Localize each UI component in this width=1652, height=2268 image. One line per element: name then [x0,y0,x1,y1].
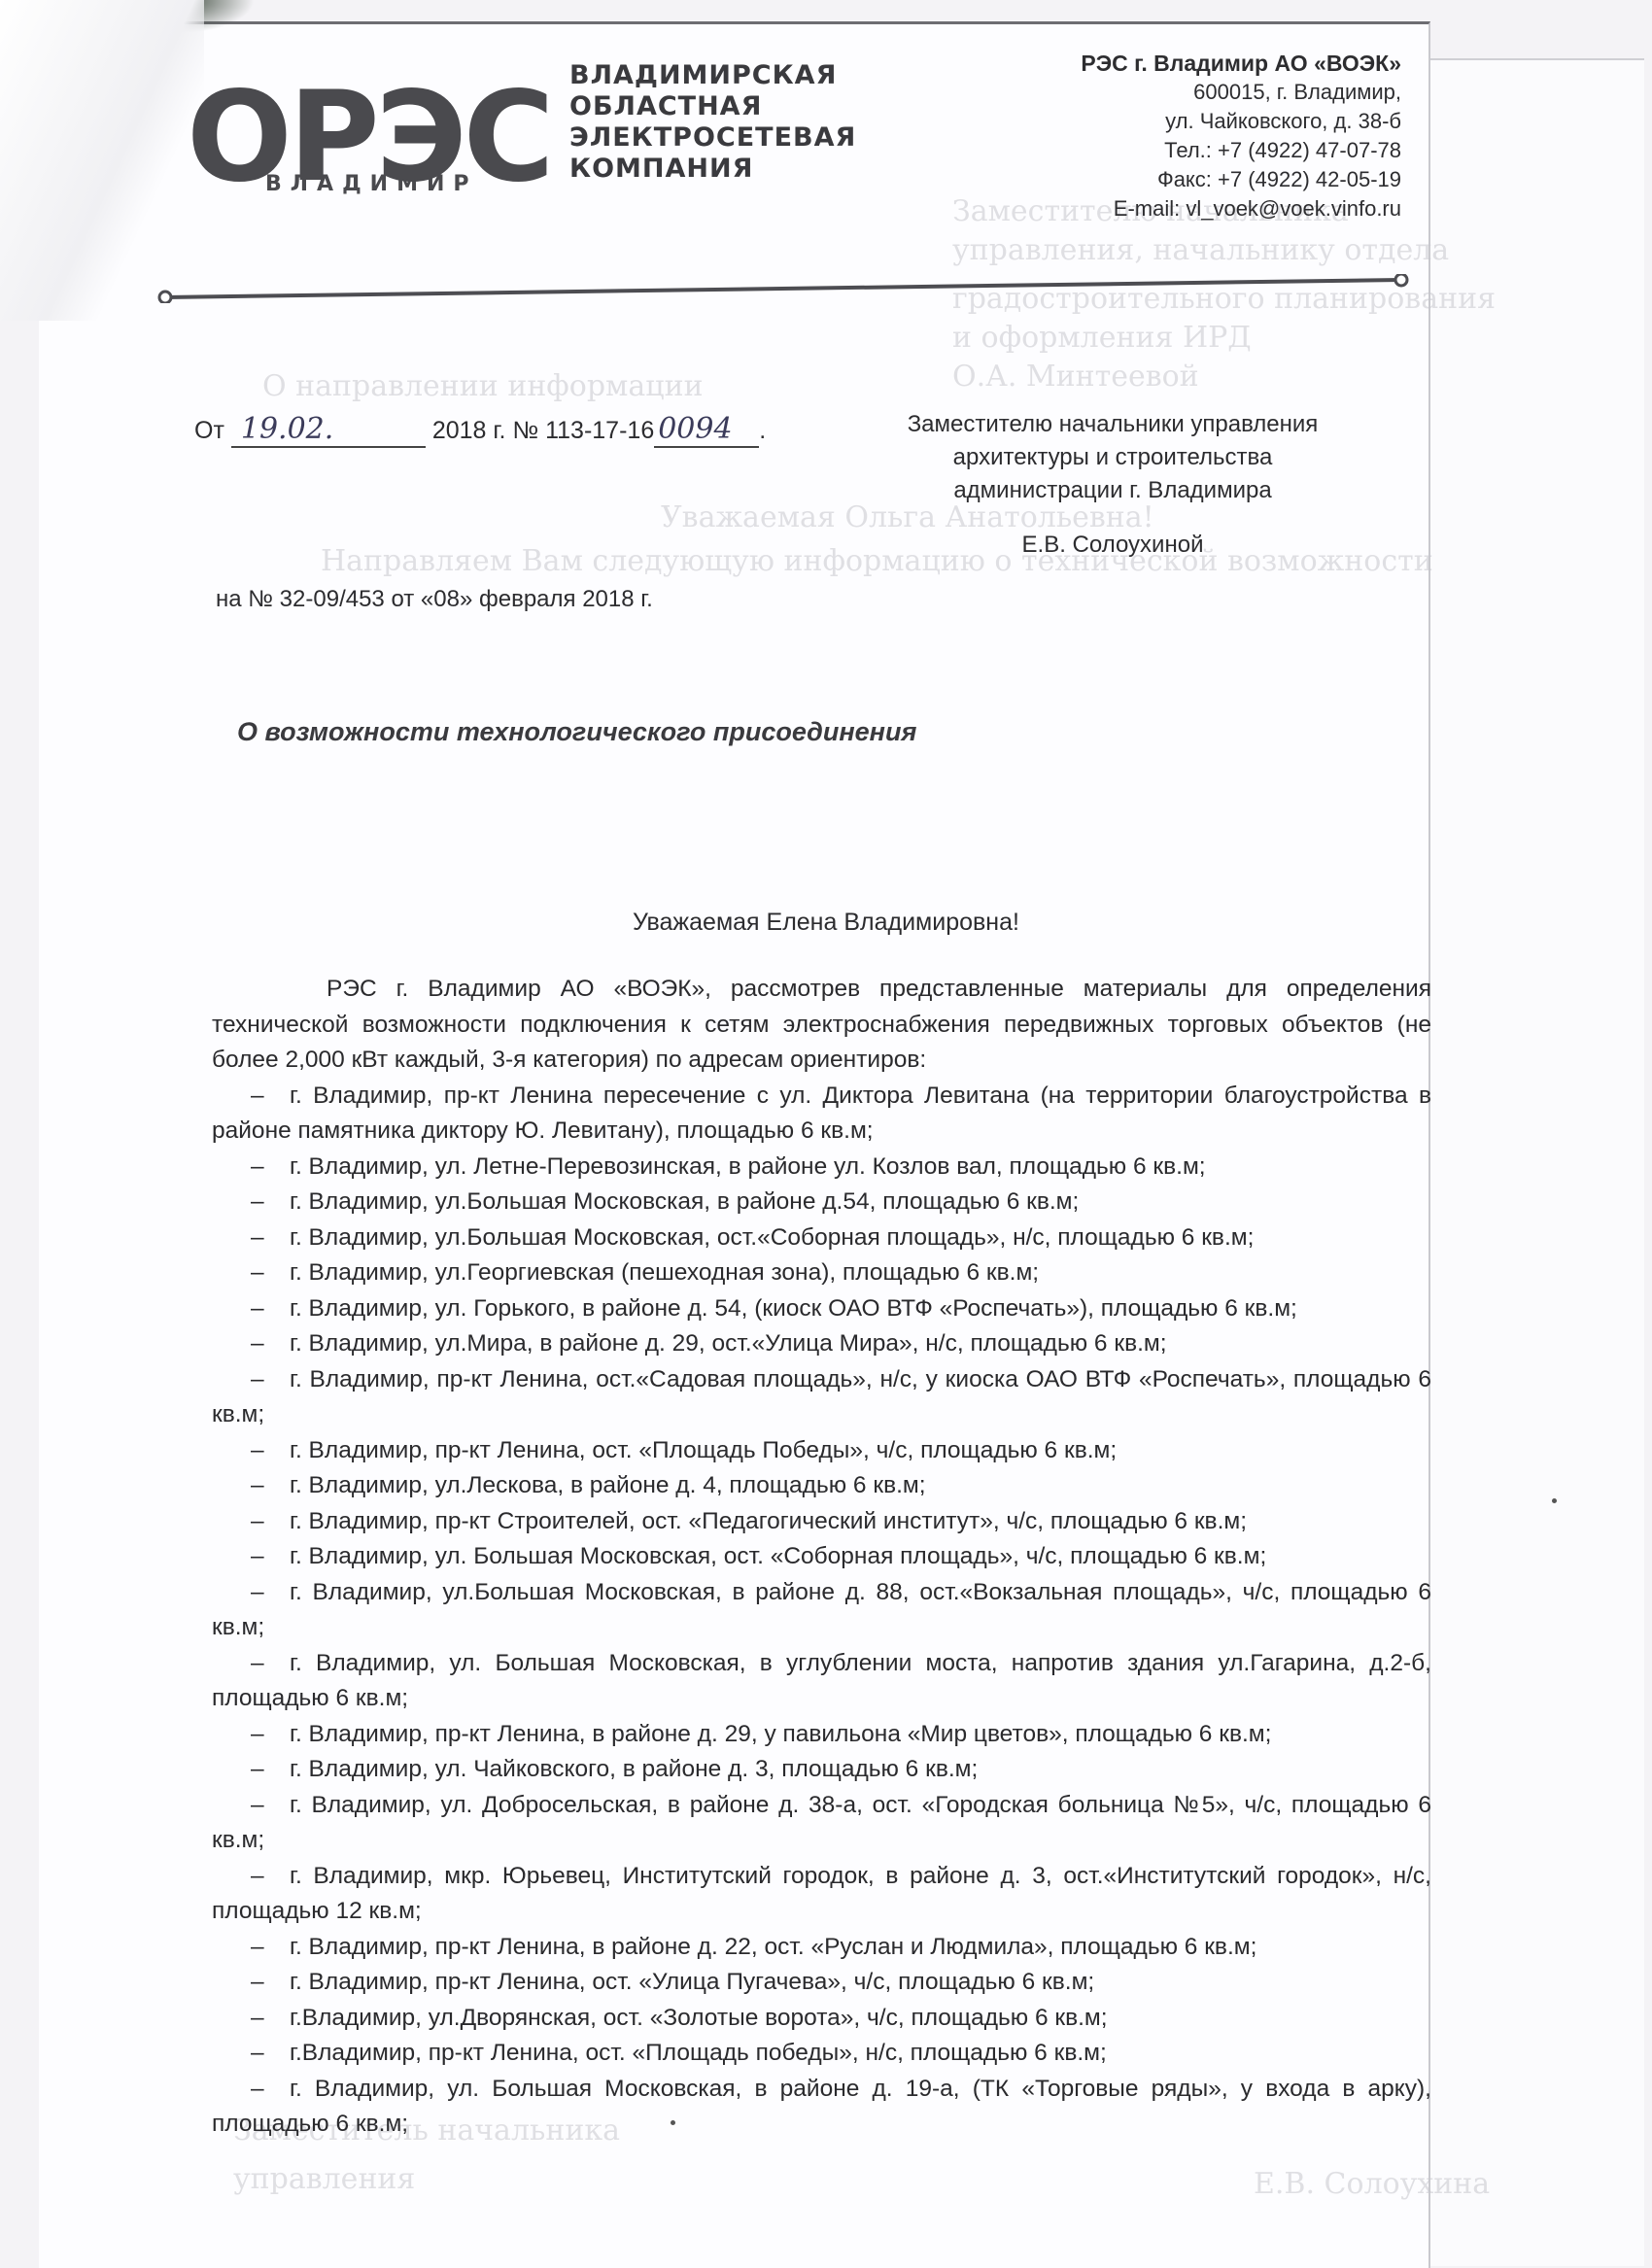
dash-bullet: – [251,1185,290,1220]
list-item: –г. Владимир, ул.Большая Московская, в р… [212,1185,1431,1220]
logo-city: ВЛАДИМИР [265,172,478,196]
dash-bullet: – [251,2036,290,2072]
dash-bullet: – [251,1575,290,1611]
dash-bullet: – [251,1326,290,1362]
recipient-name: Е.В. Солоухиной [879,529,1346,562]
dash-bullet: – [251,1504,290,1540]
letter-body: РЭС г. Владимир АО «ВОЭК», рассмотрев пр… [212,972,1431,2143]
recipient-line: архитектуры и строительства [879,441,1346,474]
greeting: Уважаемая Елена Владимировна! [0,909,1652,937]
dash-bullet: – [251,1291,290,1327]
list-item: –г. Владимир, ул. Большая Московская, ос… [212,1539,1431,1575]
list-item: –г. Владимир, ул.Большая Московская, ост… [212,1220,1431,1256]
list-item: –г. Владимир, ул. Летне-Перевозинская, в… [212,1150,1431,1186]
list-item: –г. Владимир, пр-кт Ленина, в районе д. … [212,1717,1431,1753]
handwritten-number: 0094 [654,412,759,448]
bleed-text: О направлении информации [262,369,704,403]
dash-bullet: – [251,1220,290,1256]
list-item: –г.Владимир, ул.Дворянская, ост. «Золоты… [212,2001,1431,2037]
bleed-text: управления, начальнику отдела [952,233,1449,267]
letter-subject: О возможности технологического присоедин… [237,717,916,747]
address-list: –г. Владимир, пр-кт Ленина пересечение с… [212,1079,1431,2143]
list-item: –г. Владимир, пр-кт Ленина пересечение с… [212,1079,1431,1150]
list-item: –г. Владимир, ул. Горького, в районе д. … [212,1291,1431,1327]
dash-bullet: – [251,1468,290,1504]
company-name-line: ОБЛАСТНАЯ [569,91,856,122]
outgoing-prefix: От [194,417,224,444]
sender-address: РЭС г. Владимир АО «ВОЭК» 600015, г. Вла… [1081,49,1401,223]
list-item: –г. Владимир, ул. Большая Московская, в … [212,2072,1431,2143]
bleed-text: Е.В. Солоухина [1254,2167,1490,2201]
dash-bullet: – [251,1859,290,1895]
page-curl [0,0,204,321]
recipient-line: администрации г. Владимира [879,474,1346,507]
bleed-text: и оформления ИРД [952,321,1252,355]
intro-paragraph: РЭС г. Владимир АО «ВОЭК», рассмотрев пр… [212,972,1431,1079]
sender-address-line: ул. Чайковского, д. 38-б [1081,107,1401,136]
list-item: –г. Владимир, пр-кт Ленина, ост.«Садовая… [212,1362,1431,1433]
handwritten-date: 19.02. [231,412,426,448]
list-item: –г. Владимир, ул.Георгиевская (пешеходна… [212,1255,1431,1291]
list-item: –г. Владимир, пр-кт Строителей, ост. «Пе… [212,1504,1431,1540]
dash-bullet: – [251,1717,290,1753]
dash-bullet: – [251,1362,290,1398]
sender-fax: Факс: +7 (4922) 42-05-19 [1081,165,1401,194]
letterhead-divider [157,274,1411,303]
scan-speck [1552,1498,1557,1503]
dash-bullet: – [251,1079,290,1115]
sender-org: РЭС г. Владимир АО «ВОЭК» [1081,49,1401,78]
sender-address-line: 600015, г. Владимир, [1081,78,1401,107]
dash-bullet: – [251,1255,290,1291]
list-item: –г. Владимир, ул. Чайковского, в районе … [212,1752,1431,1788]
list-item: –г. Владимир, ул. Добросельская, в район… [212,1788,1431,1859]
list-item: –г. Владимир, мкр. Юрьевец, Институтский… [212,1859,1431,1930]
sender-phone: Тел.: +7 (4922) 47-07-78 [1081,136,1401,165]
company-name-line: КОМПАНИЯ [569,154,856,185]
dash-bullet: – [251,1433,290,1469]
sender-email: E-mail: vl_voek@voek.vinfo.ru [1081,194,1401,223]
list-item: –г. Владимир, пр-кт Ленина, ост. «Улица … [212,1965,1431,2001]
dash-bullet: – [251,1539,290,1575]
recipient-line: Заместителю начальники управления [879,408,1346,441]
dash-bullet: – [251,1788,290,1824]
dash-bullet: – [251,1930,290,1966]
dash-bullet: – [251,1150,290,1186]
bleed-text: О.А. Минтеевой [952,360,1199,394]
list-item: –г.Владимир, пр-кт Ленина, ост. «Площадь… [212,2036,1431,2072]
list-item: –г. Владимир, ул.Мира, в районе д. 29, о… [212,1326,1431,1362]
dash-bullet: – [251,1965,290,2001]
scan-speck [671,2120,675,2125]
list-item: –г. Владимир, ул.Лескова, в районе д. 4,… [212,1468,1431,1504]
outgoing-year-number: 2018 г. № 113-17-16 [432,417,654,444]
dash-bullet: – [251,1752,290,1788]
outgoing-number: От 19.02. 2018 г. № 113-17-160094. [194,412,766,448]
list-item: –г. Владимир, ул.Большая Московская, в р… [212,1575,1431,1646]
list-item: –г. Владимир, пр-кт Ленина, в районе д. … [212,1930,1431,1966]
recipient-block: Заместителю начальники управления архите… [879,408,1346,562]
company-name-line: ВЛАДИМИРСКАЯ [569,60,856,91]
dash-bullet: – [251,2001,290,2037]
dash-bullet: – [251,2072,290,2108]
reply-reference: на № 32-09/453 от «08» февраля 2018 г. [216,586,653,613]
list-item: –г. Владимир, пр-кт Ленина, ост. «Площад… [212,1433,1431,1469]
bleed-text: управления [233,2162,415,2196]
outgoing-suffix: . [759,417,766,444]
list-item: –г. Владимир, ул. Большая Московская, в … [212,1646,1431,1717]
company-name-line: ЭЛЕКТРОСЕТЕВАЯ [569,122,856,154]
dash-bullet: – [251,1646,290,1682]
underlying-sheet [1419,58,1644,2266]
company-name: ВЛАДИМИРСКАЯ ОБЛАСТНАЯ ЭЛЕКТРОСЕТЕВАЯ КО… [569,60,856,185]
